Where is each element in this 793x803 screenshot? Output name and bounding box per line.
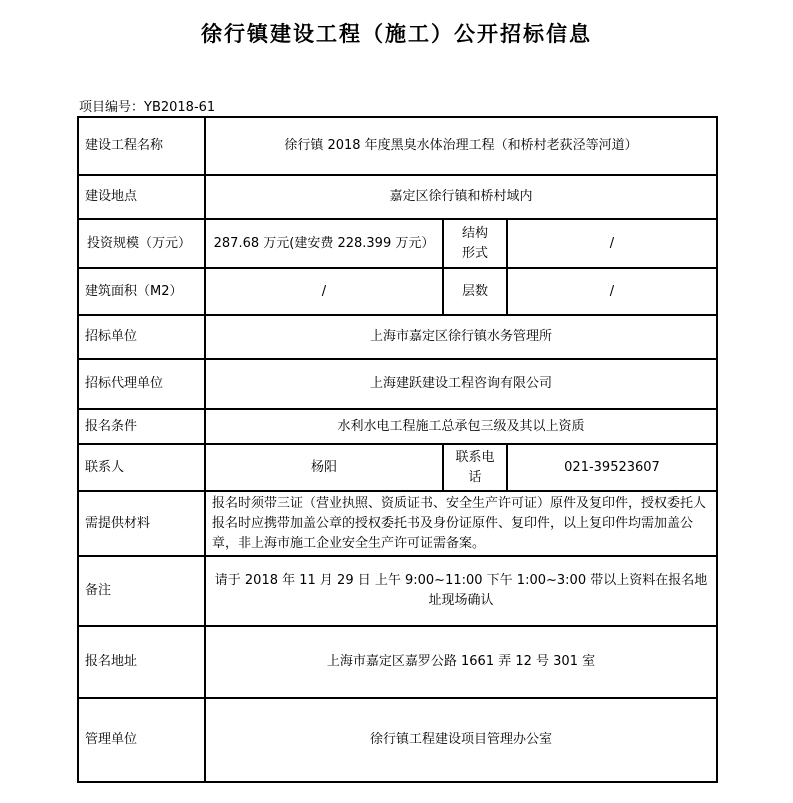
table-row-tenderer: 招标单位 上海市嘉定区徐行镇水务管理所 [78,315,717,359]
value-agent: 上海建跃建设工程咨询有限公司 [205,359,717,409]
table-row-location: 建设地点 嘉定区徐行镇和桥村域内 [78,175,717,219]
value-structure-type: / [507,219,717,268]
value-materials: 报名时须带三证（营业执照、资质证书、安全生产许可证）原件及复印件，授权委托人报名… [205,491,717,556]
value-location: 嘉定区徐行镇和桥村域内 [205,175,717,219]
phone-label-text: 联系电话 [454,448,496,488]
table-row-remarks: 备注 请于 2018 年 11 月 29 日 上午 9:00~11:00 下午 … [78,556,717,626]
page-title: 徐行镇建设工程（施工）公开招标信息 [0,18,793,48]
label-investment: 投资规模（万元） [78,219,205,268]
value-phone: 021-39523607 [507,444,717,491]
table-row-project-name: 建设工程名称 徐行镇 2018 年度黑臭水体治理工程（和桥村老荻泾等河道） [78,117,717,175]
structure-type-text: 结构形式 [461,224,489,264]
value-contact: 杨阳 [205,444,443,491]
project-number: 项目编号：YB2018-61 [79,96,215,115]
label-remarks: 备注 [78,556,205,626]
value-area: / [205,268,443,315]
label-reg-address: 报名地址 [78,626,205,698]
label-conditions: 报名条件 [78,409,205,444]
label-phone: 联系电话 [443,444,507,491]
value-reg-address: 上海市嘉定区嘉罗公路 1661 弄 12 号 301 室 [205,626,717,698]
label-materials: 需提供材料 [78,491,205,556]
value-remarks: 请于 2018 年 11 月 29 日 上午 9:00~11:00 下午 1:0… [205,556,717,626]
label-agent: 招标代理单位 [78,359,205,409]
label-location: 建设地点 [78,175,205,219]
value-tenderer: 上海市嘉定区徐行镇水务管理所 [205,315,717,359]
table-row-area: 建筑面积（M2） / 层数 / [78,268,717,315]
table-row-contact: 联系人 杨阳 联系电话 021-39523607 [78,444,717,491]
label-tenderer: 招标单位 [78,315,205,359]
table-row-agent: 招标代理单位 上海建跃建设工程咨询有限公司 [78,359,717,409]
label-contact: 联系人 [78,444,205,491]
table-row-reg-address: 报名地址 上海市嘉定区嘉罗公路 1661 弄 12 号 301 室 [78,626,717,698]
value-management: 徐行镇工程建设项目管理办公室 [205,698,717,782]
table-row-management: 管理单位 徐行镇工程建设项目管理办公室 [78,698,717,782]
label-floors: 层数 [443,268,507,315]
tender-info-table: 建设工程名称 徐行镇 2018 年度黑臭水体治理工程（和桥村老荻泾等河道） 建设… [77,116,718,783]
table-row-conditions: 报名条件 水利水电工程施工总承包三级及其以上资质 [78,409,717,444]
table-row-investment: 投资规模（万元） 287.68 万元(建安费 228.399 万元） 结构形式 … [78,219,717,268]
label-area: 建筑面积（M2） [78,268,205,315]
label-structure-type: 结构形式 [443,219,507,268]
value-floors: / [507,268,717,315]
value-investment: 287.68 万元(建安费 228.399 万元） [205,219,443,268]
label-project-name: 建设工程名称 [78,117,205,175]
value-project-name: 徐行镇 2018 年度黑臭水体治理工程（和桥村老荻泾等河道） [205,117,717,175]
table-row-materials: 需提供材料 报名时须带三证（营业执照、资质证书、安全生产许可证）原件及复印件，授… [78,491,717,556]
value-conditions: 水利水电工程施工总承包三级及其以上资质 [205,409,717,444]
label-management: 管理单位 [78,698,205,782]
